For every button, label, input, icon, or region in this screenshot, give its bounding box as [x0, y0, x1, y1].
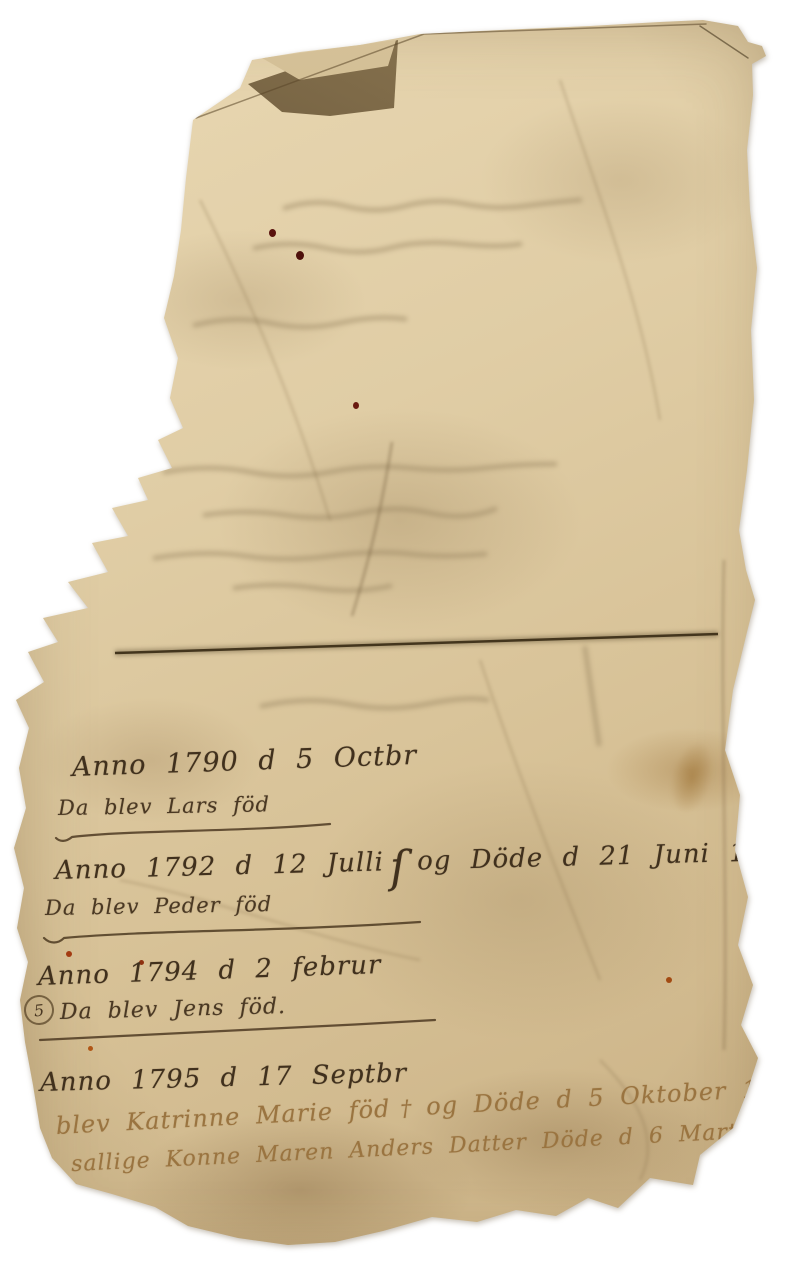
ghost-bleedthrough-text	[155, 200, 599, 744]
paper-shadow-wrap: Anno 1790 d 5 Octbr Da blev Lars föd Ann…	[0, 0, 795, 1280]
edge-crease-lines	[196, 24, 748, 118]
long-s-divider-glyph: ſ	[389, 842, 408, 893]
horizontal-fold-line	[115, 634, 718, 653]
ink-spot	[88, 1046, 93, 1051]
ink-spot	[66, 951, 72, 957]
entry-1792-event: Da blev Peder föd	[45, 892, 273, 920]
dagger-divider-glyph: †	[400, 1096, 413, 1122]
ink-spot	[353, 402, 359, 409]
entry-1790-event: Da blev Lars föd	[58, 792, 270, 820]
scanner-background: Anno 1790 d 5 Octbr Da blev Lars föd Ann…	[0, 0, 795, 1280]
ink-spot	[666, 977, 672, 983]
document-paper: Anno 1790 d 5 Octbr Da blev Lars föd Ann…	[0, 0, 795, 1280]
ink-spot	[269, 229, 276, 237]
ink-spot	[296, 251, 304, 260]
